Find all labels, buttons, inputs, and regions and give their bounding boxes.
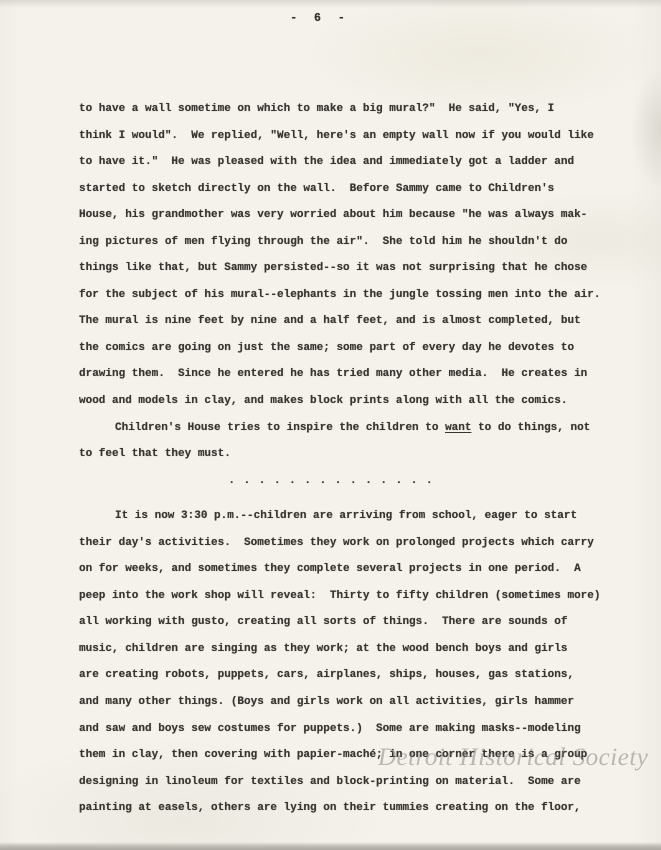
typewritten-line: all working with gusto, creating all sor…	[79, 609, 611, 636]
text-segment: drawing them. Since he entered he has tr…	[79, 368, 587, 380]
typewritten-line: on for weeks, and sometimes they complet…	[79, 556, 611, 583]
typewritten-line: designing in linoleum for textiles and b…	[79, 769, 611, 796]
text-segment: think I would". We replied, "Well, here'…	[79, 130, 594, 142]
text-segment: Children's House tries to inspire the ch…	[115, 422, 445, 434]
text-segment: them in clay, then covering with papier-…	[79, 749, 587, 761]
text-segment: peep into the work shop will reveal: Thi…	[79, 590, 601, 602]
typewritten-line: to feel that they must.	[79, 441, 611, 468]
typewritten-line: things like that, but Sammy persisted--s…	[79, 255, 611, 282]
text-segment: are creating robots, puppets, cars, airp…	[79, 669, 574, 681]
typewritten-line: It is now 3:30 p.m.--children are arrivi…	[79, 503, 611, 530]
text-segment: . . . . . . . . . . . . . .	[228, 475, 433, 487]
typewritten-line: ing pictures of men flying through the a…	[79, 229, 611, 256]
text-segment: The mural is nine feet by nine and a hal…	[79, 315, 581, 327]
typewritten-line: started to sketch directly on the wall. …	[79, 176, 611, 203]
typewritten-line: think I would". We replied, "Well, here'…	[79, 123, 611, 150]
text-segment: music, children are singing as they work…	[79, 643, 567, 655]
dotted-separator: . . . . . . . . . . . . . .	[65, 468, 597, 495]
typewritten-line: drawing them. Since he entered he has tr…	[79, 361, 611, 388]
text-segment: and many other things. (Boys and girls w…	[79, 696, 574, 708]
typewritten-line: music, children are singing as they work…	[79, 636, 611, 663]
text-segment: things like that, but Sammy persisted--s…	[79, 262, 587, 274]
typewritten-line: and saw and boys sew costumes for puppet…	[79, 716, 611, 743]
text-segment: and saw and boys sew costumes for puppet…	[79, 723, 581, 735]
text-segment: to do things, not	[471, 422, 590, 434]
page-number: - 6 -	[0, 12, 640, 25]
text-segment: for the subject of his mural--elephants …	[79, 289, 601, 301]
scan-top-edge-shadow	[0, 0, 661, 8]
typewritten-line: wood and models in clay, and makes block…	[79, 388, 611, 415]
text-segment: on for weeks, and sometimes they complet…	[79, 563, 581, 575]
text-segment: It is now 3:30 p.m.--children are arrivi…	[115, 510, 577, 522]
text-segment: wood and models in clay, and makes block…	[79, 395, 567, 407]
typewritten-line: for the subject of his mural--elephants …	[79, 282, 611, 309]
text-segment: House, his grandmother was very worried …	[79, 209, 587, 221]
text-segment: to have a wall sometime on which to make…	[79, 103, 554, 115]
typewritten-line: painting at easels, others are lying on …	[79, 795, 611, 822]
text-segment: to feel that they must.	[79, 448, 231, 460]
typewritten-line: are creating robots, puppets, cars, airp…	[79, 662, 611, 689]
typewritten-line: House, his grandmother was very worried …	[79, 202, 611, 229]
text-segment: painting at easels, others are lying on …	[79, 802, 581, 814]
scanned-document-page: - 6 - to have a wall sometime on which t…	[0, 0, 661, 850]
text-segment: all working with gusto, creating all sor…	[79, 616, 567, 628]
typewritten-line: Children's House tries to inspire the ch…	[79, 415, 611, 442]
underlined-word: want	[445, 422, 471, 434]
text-segment: started to sketch directly on the wall. …	[79, 183, 554, 195]
typewritten-line: their day's activities. Sometimes they w…	[79, 530, 611, 557]
text-segment: ing pictures of men flying through the a…	[79, 236, 567, 248]
text-segment: the comics are going on just the same; s…	[79, 342, 574, 354]
typewritten-line: the comics are going on just the same; s…	[79, 335, 611, 362]
typewritten-line: to have it." He was pleased with the ide…	[79, 149, 611, 176]
text-segment: their day's activities. Sometimes they w…	[79, 537, 594, 549]
typewritten-line: peep into the work shop will reveal: Thi…	[79, 583, 611, 610]
scan-bottom-edge	[0, 842, 661, 850]
typewritten-line: The mural is nine feet by nine and a hal…	[79, 308, 611, 335]
typewritten-text: to have a wall sometime on which to make…	[79, 96, 611, 822]
typewritten-line: and many other things. (Boys and girls w…	[79, 689, 611, 716]
text-segment: to have it." He was pleased with the ide…	[79, 156, 574, 168]
typewritten-line: them in clay, then covering with papier-…	[79, 742, 611, 769]
typewritten-line: to have a wall sometime on which to make…	[79, 96, 611, 123]
text-segment: designing in linoleum for textiles and b…	[79, 776, 581, 788]
